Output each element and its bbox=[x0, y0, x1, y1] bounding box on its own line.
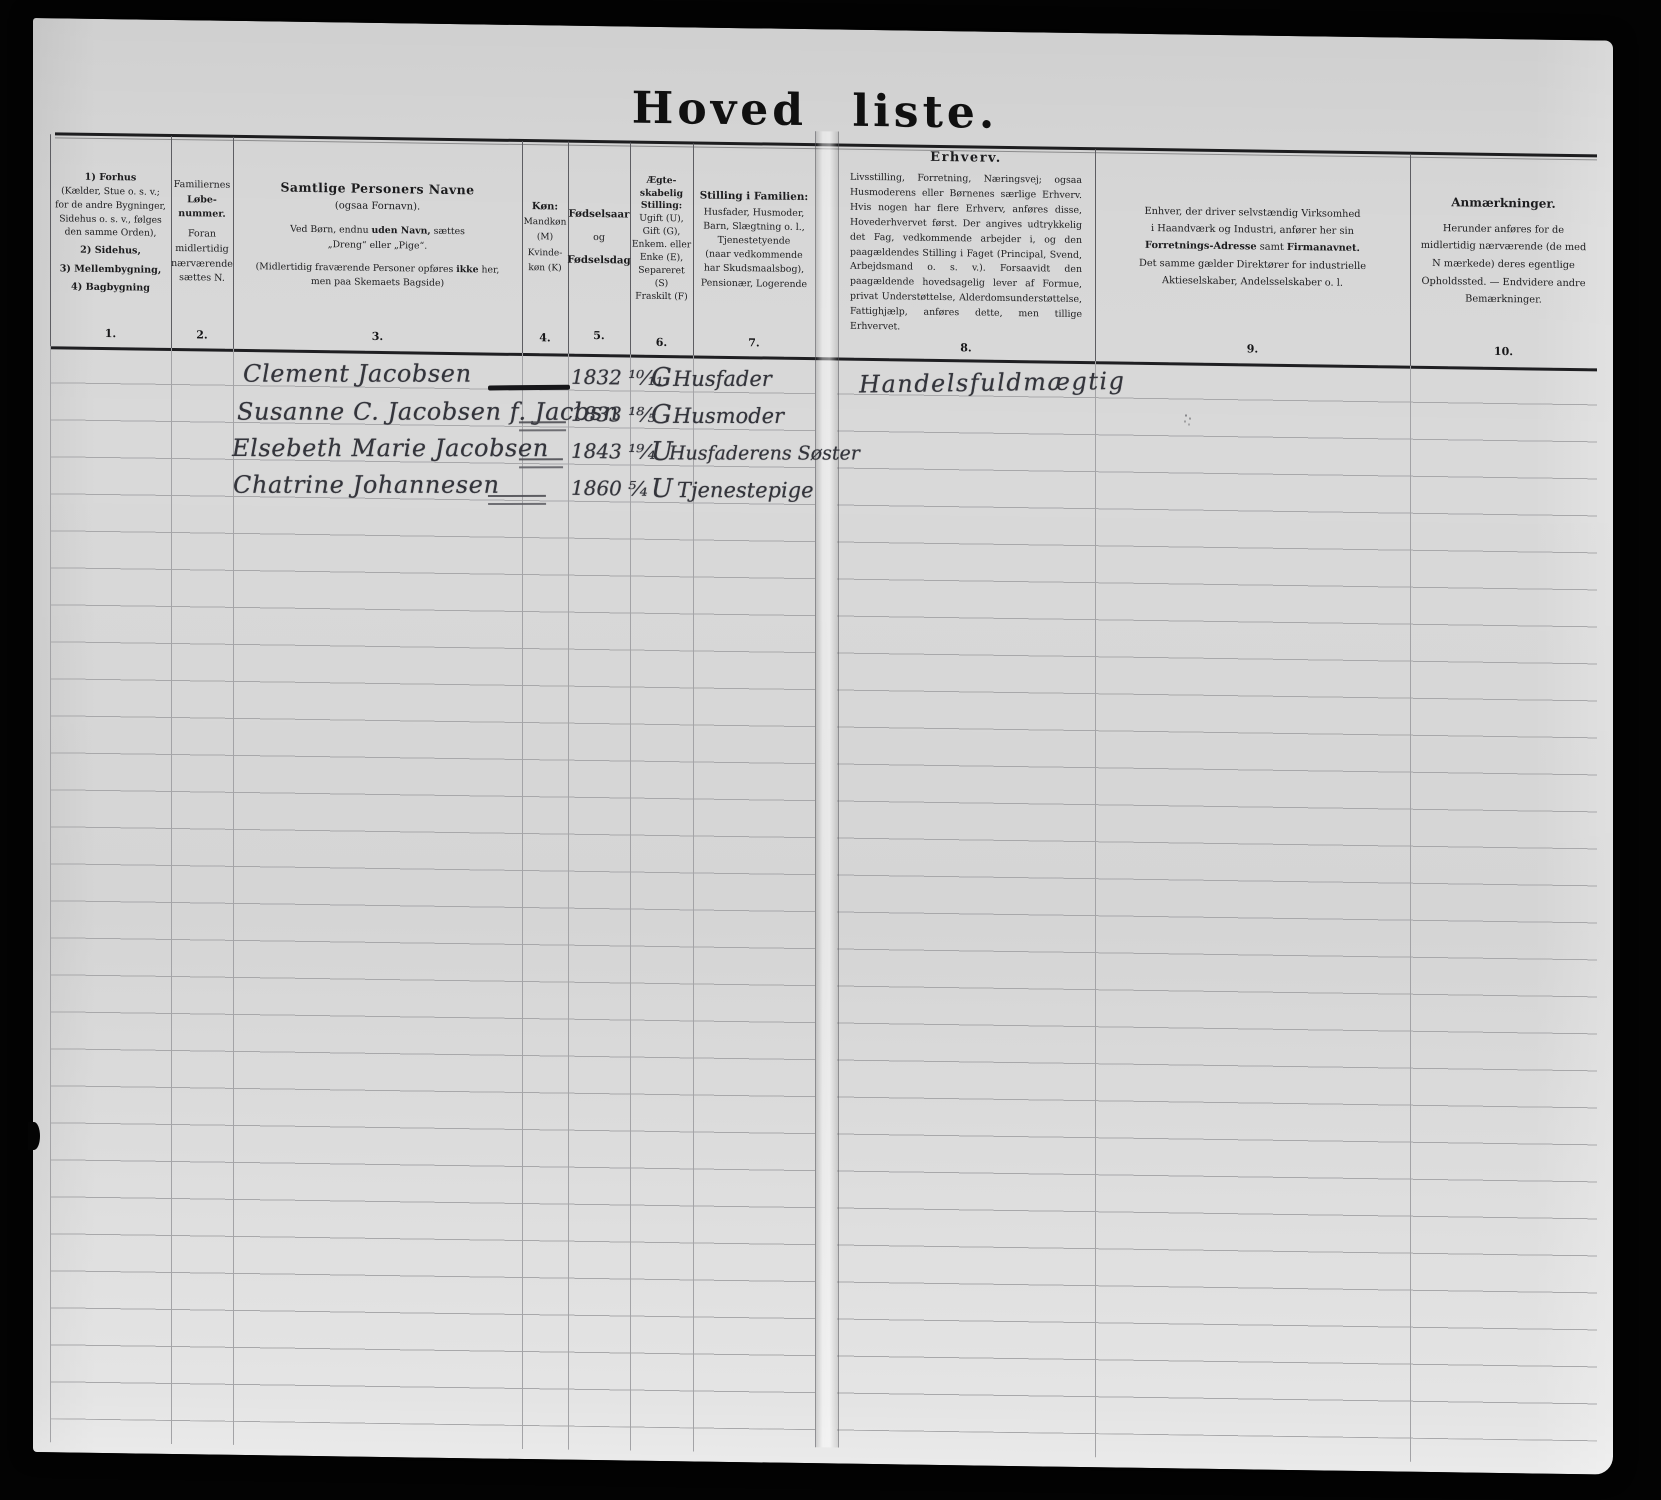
column-number: 1. bbox=[50, 325, 171, 343]
column-number: 4. bbox=[522, 329, 568, 348]
column-number: 5. bbox=[568, 323, 630, 350]
entry-occupation: Handelsfuldmægtig bbox=[859, 364, 1126, 402]
entry-family-position: Husmoder bbox=[673, 399, 785, 433]
column-number: 7. bbox=[693, 334, 815, 352]
column-number: 10. bbox=[1410, 341, 1597, 363]
column-line bbox=[233, 349, 234, 1445]
header-col-stilling: Stilling i Familien: Husfader, Husmoder,… bbox=[693, 143, 815, 357]
header-col-fodselsaar: Fødselsaar og Fødselsdag 5. bbox=[568, 142, 630, 355]
header-col-kon: Køn: Mandkøn (M) Kvinde- køn (K) 4. bbox=[522, 141, 568, 354]
header-col-erhverv: Erhverv. Livsstilling, Forretning, Nærin… bbox=[837, 146, 1095, 362]
column-line bbox=[171, 348, 172, 1444]
column-line bbox=[693, 355, 694, 1451]
pen-dash bbox=[488, 385, 570, 391]
column-line bbox=[1410, 366, 1411, 1462]
ink-smudge bbox=[1185, 414, 1187, 416]
header-col-forhus: 1) Forhus (Kælder, Stue o. s. v.; for de… bbox=[50, 134, 171, 348]
entry-birthdate: 1843 ¹⁹⁄₄ bbox=[571, 434, 656, 469]
column-number: 6. bbox=[630, 334, 693, 350]
header-col-lobenummer: Familiernes Løbe- nummer. Foran midlerti… bbox=[171, 136, 233, 349]
pen-dash bbox=[488, 495, 546, 505]
header-col-anmaerkninger: Anmærkninger. Herunder anføres for de mi… bbox=[1410, 154, 1597, 369]
column-line bbox=[522, 353, 523, 1449]
page-edge-notch bbox=[28, 1122, 40, 1150]
row-lines-right bbox=[837, 358, 1597, 1442]
header-col-aegteskabelig: Ægte- skabelig Stilling: Ugift (U), Gift… bbox=[630, 143, 693, 356]
entry-family-position: Husfaderens Søster bbox=[669, 436, 860, 470]
row-lines-left bbox=[50, 346, 815, 1430]
pen-dash bbox=[519, 421, 566, 431]
entry-family-position: Tjenestepige bbox=[677, 473, 814, 507]
paper-page: Hoved liste. 1) Forhus (Kælder, Stue o. … bbox=[33, 18, 1613, 1475]
column-line bbox=[630, 355, 631, 1451]
column-line bbox=[50, 346, 51, 1442]
entry-birthdate: 1833 ¹⁸⁄₅ bbox=[571, 397, 656, 432]
entry-birthdate: 1832 ¹⁰⁄₁₁ bbox=[571, 360, 664, 395]
entry-name: Elsebeth Marie Jacobsen bbox=[232, 431, 549, 465]
entry-family-position: Husfader bbox=[673, 362, 772, 396]
entry-name: Chatrine Johannesen bbox=[233, 468, 500, 502]
binding-fold bbox=[815, 131, 839, 1447]
entry-marital-status: G bbox=[651, 398, 672, 432]
column-number: 8. bbox=[837, 340, 1095, 357]
pen-dash bbox=[519, 458, 563, 468]
header-col-navne: Samtlige Personers Navne (ogsaa Fornavn)… bbox=[233, 137, 522, 353]
column-line bbox=[568, 354, 569, 1450]
entry-marital-status: G bbox=[651, 361, 672, 395]
entry-birthdate: 1860 ⁵⁄₄ bbox=[571, 471, 648, 506]
entry-name: Clement Jacobsen bbox=[243, 357, 472, 391]
column-line bbox=[1095, 361, 1096, 1457]
column-number: 3. bbox=[233, 326, 522, 348]
header-col-forretningsadresse: Enhver, der driver selvstændig Virksomhe… bbox=[1095, 149, 1410, 366]
column-number: 9. bbox=[1095, 337, 1410, 361]
scanned-census-sheet: Hoved liste. 1) Forhus (Kælder, Stue o. … bbox=[0, 0, 1661, 1500]
entry-marital-status: U bbox=[651, 472, 673, 506]
column-number: 2. bbox=[171, 326, 233, 344]
